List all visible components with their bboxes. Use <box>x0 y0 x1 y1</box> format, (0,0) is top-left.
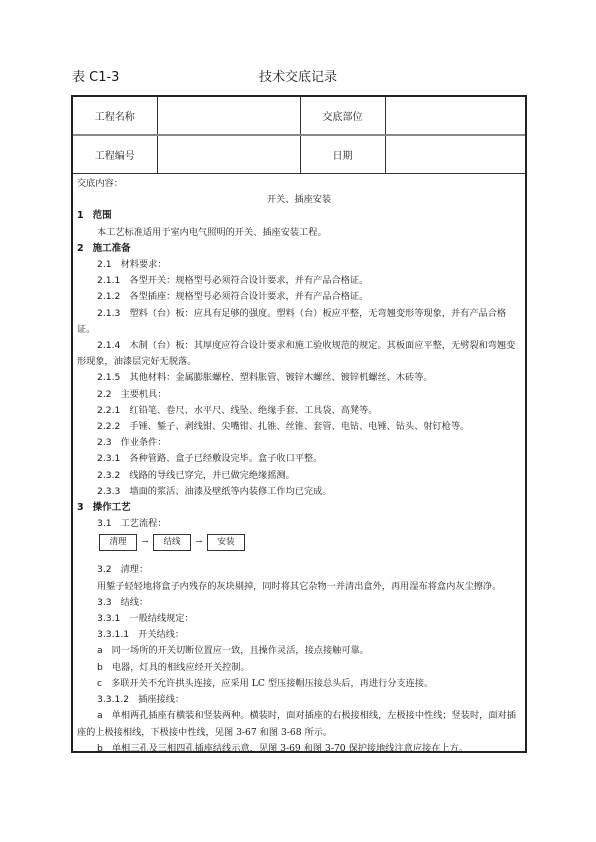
table-row: 工程名称 交底部位 <box>73 97 525 135</box>
section-2-3-3: 2.3.3墙面的浆活、油漆及壁纸等内装修工作均已完成。 <box>77 484 521 500</box>
socket-rule-a: a单相两孔插座有横装和竖装两种。横装时，面对插座的右极接相线，左极接中性线；竖装… <box>77 708 521 740</box>
section-2-3: 2.3作业条件： <box>77 435 521 451</box>
section-3-2-text: 用錾子轻轻地将盒子内残存的灰块剔掉，同时将其它杂物一并清出盒外，再用湿布将盒内灰… <box>77 579 521 595</box>
section-2-3-2: 2.3.2线路的导线已穿完，并已做完绝缘摇测。 <box>77 468 521 484</box>
flow-step-install: 安装 <box>207 534 245 551</box>
table-row: 工程编号 日期 <box>73 135 525 174</box>
arrow-right-icon: → <box>191 534 207 550</box>
section-2-1-4: 2.1.4木制（台）板：其厚度应符合设计要求和施工验收规范的规定。其板面应平整，… <box>77 338 521 370</box>
section-3-1: 3.1工艺流程： <box>77 516 521 532</box>
section-1-text: 本工艺标准适用于室内电气照明的开关、插座安装工程。 <box>77 225 521 241</box>
socket-rule-b: b单相三孔及三相四孔插座结线示意，见图 3-69 和图 3-70 保护接地线注意… <box>77 741 521 757</box>
section-3-3-1: 3.3.1一般结线规定： <box>77 611 521 627</box>
arrow-right-icon: → <box>137 534 153 550</box>
project-name-field[interactable] <box>157 97 300 135</box>
switch-rule-c: c多联开关不允许拱头连接，应采用 LC 型压接帽压接总头后，再进行分支连接。 <box>77 676 521 692</box>
section-2-2-2: 2.2.2手锤、錾子、剥线钳、尖嘴钳、扎锥、丝锥、套管、电钻、电锤、钻头、射钉枪… <box>77 419 521 435</box>
flow-step-wiring: 结线 <box>153 534 191 551</box>
project-number-label: 工程编号 <box>73 135 157 174</box>
section-3-heading: 3操作工艺 <box>77 500 521 516</box>
section-2-1-1: 2.1.1各型开关：规格型号必须符合设计要求，并有产品合格证。 <box>77 273 521 289</box>
record-form: 工程名称 交底部位 工程编号 日期 交底内容： 开关、插座安装 1范围 本工艺标… <box>71 95 527 753</box>
flow-step-clean: 清理 <box>99 534 137 551</box>
section-3-3-1-2: 3.3.1.2插座接线： <box>77 692 521 708</box>
date-field[interactable] <box>385 135 525 174</box>
section-2-1-2: 2.1.2各型插座：规格型号必须符合设计要求，并有产品合格证。 <box>77 289 521 305</box>
section-3-2: 3.2清理： <box>77 562 521 578</box>
disclosure-location-field[interactable] <box>385 97 525 135</box>
section-2-1-5: 2.1.5其他材料：金属膨胀螺栓、塑料胀管、镀锌木螺丝、镀锌机螺丝、木砖等。 <box>77 370 521 386</box>
switch-rule-a: a同一场所的开关切断位置应一致，且操作灵活，接点接触可靠。 <box>77 643 521 659</box>
disclosure-content: 交底内容： 开关、插座安装 1范围 本工艺标准适用于室内电气照明的开关、插座安装… <box>73 174 525 757</box>
content-subject: 开关、插座安装 <box>77 192 521 208</box>
section-2-1-3: 2.1.3塑料（台）板：应具有足够的强度。塑料（台）板应平整，无弯翘变形等现象，… <box>77 306 521 338</box>
document-title: 技术交底记录 <box>0 66 596 85</box>
project-name-label: 工程名称 <box>73 97 157 135</box>
section-3-3-1-1: 3.3.1.1开关结线： <box>77 627 521 643</box>
content-intro: 交底内容： <box>77 176 521 192</box>
section-1-heading: 1范围 <box>77 208 521 224</box>
spacer <box>77 552 521 562</box>
info-table: 工程名称 交底部位 工程编号 日期 <box>73 97 525 174</box>
section-2-3-1: 2.3.1各种管路、盒子已经敷设完毕。盒子收口平整。 <box>77 451 521 467</box>
process-flowchart: 清理 → 结线 → 安装 <box>99 532 521 552</box>
date-label: 日期 <box>300 135 385 174</box>
switch-rule-b: b电器，灯具的相线应经开关控制。 <box>77 660 521 676</box>
section-3-3: 3.3结线： <box>77 595 521 611</box>
section-2-2-1: 2.2.1红铅笔、卷尺、水平尺、线坠、绝缘手套、工具袋、高凳等。 <box>77 403 521 419</box>
project-number-field[interactable] <box>157 135 300 174</box>
section-2-1: 2.1材料要求： <box>77 257 521 273</box>
section-2-heading: 2施工准备 <box>77 241 521 257</box>
section-2-2: 2.2主要机具： <box>77 387 521 403</box>
disclosure-location-label: 交底部位 <box>300 97 385 135</box>
